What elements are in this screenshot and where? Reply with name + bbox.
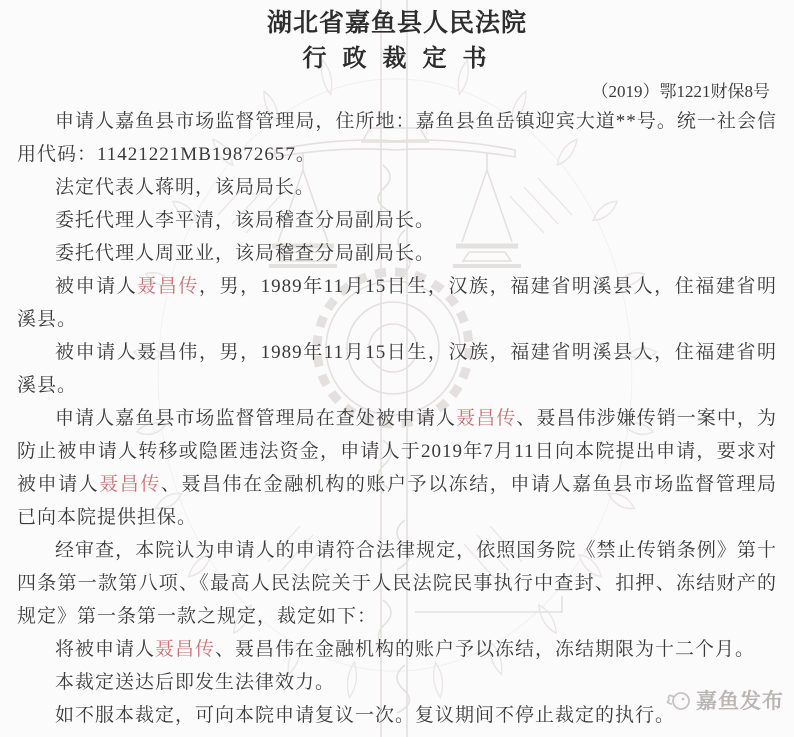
text-segment: 将被申请人 xyxy=(55,639,155,660)
text-segment: 本裁定送达后即发生法律效力。 xyxy=(55,672,335,693)
paragraph: 经审查，本院认为申请人的申请符合法律规定，依照国务院《禁止传销条例》第十四条第一… xyxy=(17,534,777,633)
case-number: （2019）鄂1221财保8号 xyxy=(0,81,770,103)
publisher-name: 嘉鱼发布 xyxy=(696,685,784,715)
text-segment: 申请人嘉鱼县市场监督管理局，住所地：嘉鱼县鱼岳镇迎宾大道**号。统一社会信用代码… xyxy=(17,111,777,165)
text-segment: 被申请人 xyxy=(55,276,137,297)
document-body: 申请人嘉鱼县市场监督管理局，住所地：嘉鱼县鱼岳镇迎宾大道**号。统一社会信用代码… xyxy=(17,105,777,732)
court-name: 湖北省嘉鱼县人民法院 xyxy=(0,8,794,40)
text-segment: 经审查，本院认为申请人的申请符合法律规定，依照国务院《禁止传销条例》第十四条第一… xyxy=(17,540,777,627)
text-segment: 被申请人聂昌伟，男，1989年11月15日生，汉族，福建省明溪县人，住福建省明溪… xyxy=(17,342,777,396)
publisher-logo: 嘉鱼发布 xyxy=(663,685,784,715)
document-page: 湖北省嘉鱼县人民法院 行 政 裁 定 书 （2019）鄂1221财保8号 申请人… xyxy=(0,0,794,737)
paragraph: 申请人嘉鱼县市场监督管理局，住所地：嘉鱼县鱼岳镇迎宾大道**号。统一社会信用代码… xyxy=(17,105,777,171)
paragraph: 委托代理人李平清，该局稽查分局副局长。 xyxy=(17,204,777,237)
text-segment: 委托代理人李平清，该局稽查分局副局长。 xyxy=(55,210,435,231)
paragraph: 被申请人聂昌传，男，1989年11月15日生，汉族，福建省明溪县人，住福建省明溪… xyxy=(17,270,777,336)
paragraph: 法定代表人蒋明，该局局长。 xyxy=(17,171,777,204)
text-segment: 法定代表人蒋明，该局局长。 xyxy=(55,177,315,198)
fish-logo-icon xyxy=(663,687,693,713)
paragraph: 申请人嘉鱼县市场监督管理局在查处被申请人聂昌传、聂昌伟涉嫌传销一案中，为防止被申… xyxy=(17,402,777,534)
document-title: 行 政 裁 定 书 xyxy=(0,44,794,75)
highlighted-name: 聂昌传 xyxy=(456,408,516,429)
paragraph: 委托代理人周亚业，该局稽查分局副局长。 xyxy=(17,237,777,270)
paragraph: 被申请人聂昌伟，男，1989年11月15日生，汉族，福建省明溪县人，住福建省明溪… xyxy=(17,336,777,402)
highlighted-name: 聂昌传 xyxy=(99,474,161,495)
text-segment: 、聂昌伟在金融机构的账户予以冻结，冻结期限为十二个月。 xyxy=(215,639,755,660)
text-segment: 申请人嘉鱼县市场监督管理局在查处被申请人 xyxy=(55,408,456,429)
text-segment: 如不服本裁定，可向本院申请复议一次。复议期间不停止裁定的执行。 xyxy=(55,705,675,726)
highlighted-name: 聂昌传 xyxy=(155,639,215,660)
highlighted-name: 聂昌传 xyxy=(137,276,199,297)
document-header: 湖北省嘉鱼县人民法院 行 政 裁 定 书 （2019）鄂1221财保8号 xyxy=(0,8,794,103)
text-segment: 委托代理人周亚业，该局稽查分局副局长。 xyxy=(55,243,435,264)
paragraph: 将被申请人聂昌传、聂昌伟在金融机构的账户予以冻结，冻结期限为十二个月。 xyxy=(17,633,777,666)
